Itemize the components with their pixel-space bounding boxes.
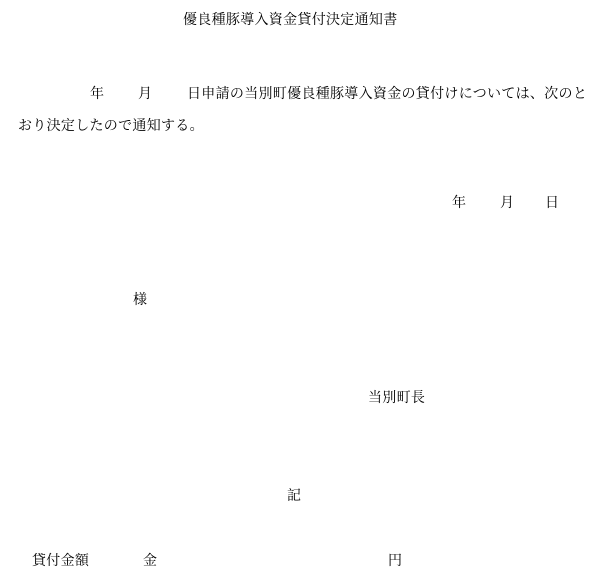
application-line2-text: おり決定したので通知する。 xyxy=(18,118,204,135)
loan-amount-label: 貸付金額 xyxy=(32,553,89,570)
issue-date-month-label: 月 xyxy=(500,195,514,212)
issue-date-year-label: 年 xyxy=(452,195,466,212)
application-line1-text: 日申請の当別町優良種豚導入資金の貸付けについては、次のと xyxy=(187,86,587,103)
document-title: 優良種豚導入資金貸付決定通知書 xyxy=(183,12,398,29)
application-month-label: 月 xyxy=(138,86,152,103)
sender-title: 当別町長 xyxy=(368,390,425,407)
loan-currency-suffix: 円 xyxy=(388,553,402,570)
document-page: { "page": { "background_color": "#ffffff… xyxy=(0,0,603,581)
section-marker: 記 xyxy=(287,488,301,505)
loan-currency-prefix: 金 xyxy=(143,553,157,570)
application-year-label: 年 xyxy=(90,86,104,103)
addressee-honorific: 様 xyxy=(133,292,147,309)
issue-date-day-label: 日 xyxy=(545,195,559,212)
